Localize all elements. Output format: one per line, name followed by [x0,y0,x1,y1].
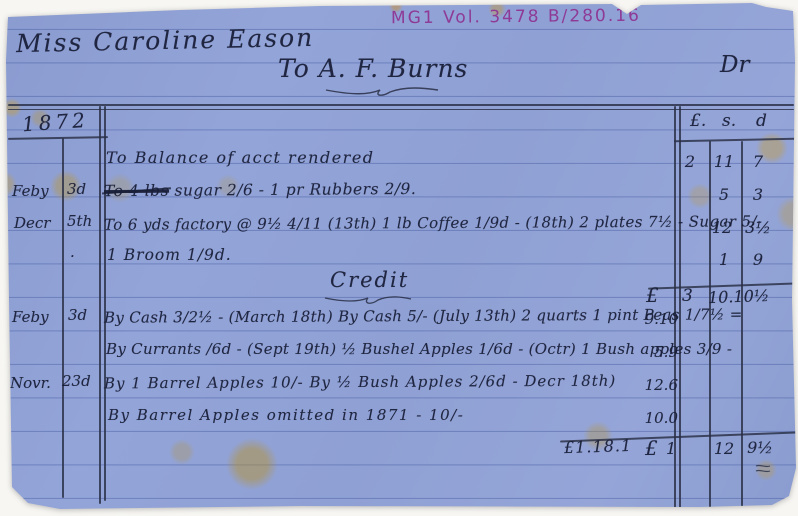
table-top-rule-2 [8,109,794,111]
total-pence: 9½ [744,438,776,457]
total-script: £1.18.1 [564,436,633,457]
total-pounds: 1 [666,439,676,458]
debit-row-pounds: 2 [674,152,706,171]
flourish-under-bill-to [322,84,442,98]
debit-row-desc: To 6 yds factory @ 9½ 4/11 (13th) 1 lb C… [104,212,762,233]
col-header-shillings: s. [722,111,736,131]
credit-row-amount: 9.10 [592,310,678,328]
credit-row-amount: 12.6 [592,376,678,394]
debit-row-pence: 9 [742,250,774,269]
credit-heading: Credit [330,268,409,292]
debit-row-month: Decr [14,214,50,232]
total-shillings: 12 [708,439,740,458]
flourish-under-credit [322,293,414,306]
struck-text: To 4 lbs [104,182,169,200]
debit-row-pence: 3 [742,185,774,204]
credit-row-desc: By Barrel Apples omitted in 1871 - 10/- [108,406,464,424]
debit-row-desc: To 4 lbs sugar 2/6 - 1 pr Rubbers 2/9. [104,180,416,200]
total-pound-symbol: £ [645,436,658,460]
credit-row-amount: 10.0 [592,409,678,427]
year-label: 1872 [21,108,89,137]
archive-annotation: MG1 Vol. 3478 B/280.16 [391,6,641,29]
credit-row-amount: 5.9 [592,343,678,361]
flourish-under-total-pence [754,463,772,473]
debit-row-shillings: 12 [706,218,738,237]
credit-row-month: Feby [12,308,49,326]
debit-row-pence: 3½ [742,218,774,237]
subtotal-pounds: 3 [682,286,693,306]
subtotal-shillings-pence: 10.10½ [708,286,770,307]
paper-shadow: MG1 Vol. 3478 B/280.16 Miss Caroline Eas… [0,0,798,516]
debit-row-pence: 7 [742,152,774,171]
subtotal-pound-symbol: £ [646,283,659,307]
credit-row-desc: By 1 Barrel Apples 10/- By ½ Bush Apples… [104,372,616,393]
col-header-pence: d [756,111,767,131]
debit-row-desc: To Balance of acct rendered [106,148,375,167]
credit-row-month: Novr. [10,374,51,392]
rule-v-day-divider [62,138,64,498]
bill-to-line: To A. F. Burns [278,54,468,83]
debit-row-desc: 1 Broom 1/9d. [107,246,232,264]
debit-row-day: . [70,243,75,261]
ledger-paper: MG1 Vol. 3478 B/280.16 Miss Caroline Eas… [0,0,798,516]
table-top-rule-1 [8,104,794,106]
debit-row-shillings: 11 [708,152,740,171]
debit-row-day: 3d [67,180,86,198]
col-header-pounds: £. [690,111,706,131]
dr-label: Dr [720,52,749,78]
desc-rest: sugar 2/6 - 1 pr Rubbers 2/9. [169,180,416,200]
debit-row-day: 5th [67,212,92,230]
rule-v-date-body-1 [99,106,101,504]
scanned-invoice-photo: MG1 Vol. 3478 B/280.16 Miss Caroline Eas… [0,0,798,516]
credit-row-day: 3d [68,306,87,324]
debit-row-shillings: 1 [708,250,740,269]
credit-row-day: 23d [62,372,91,390]
debit-row-month: Feby [12,182,49,200]
debit-row-shillings: 5 [708,185,740,204]
